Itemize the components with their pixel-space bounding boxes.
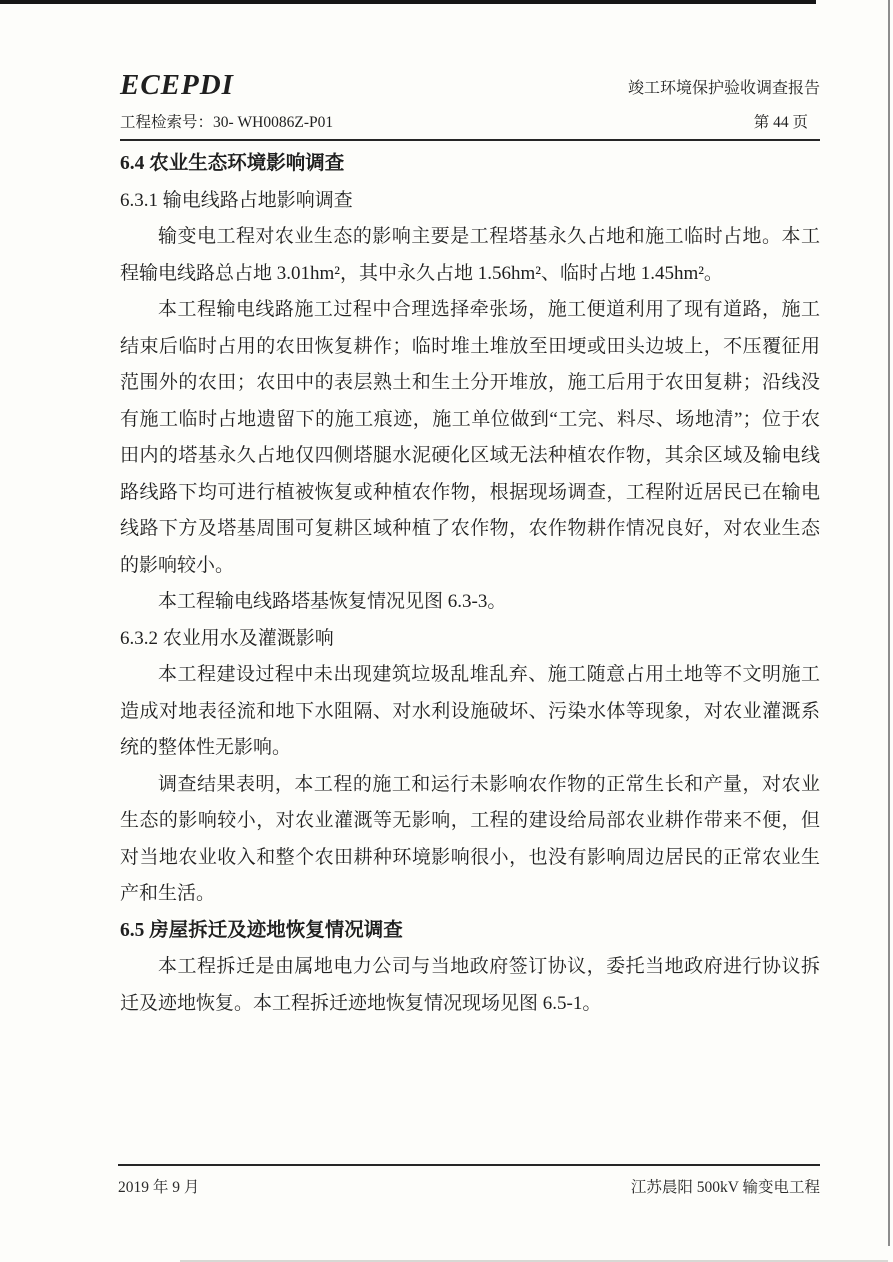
document-body: 6.4 农业生态环境影响调查6.3.1 输电线路占地影响调查输变电工程对农业生态… [120,146,820,1022]
footer-rule [118,1164,820,1166]
paragraph: 本工程输电线路施工过程中合理选择牵张场，施工便道利用了现有道路，施工结束后临时占… [120,292,820,584]
paragraph: 输变电工程对农业生态的影响主要是工程塔基永久占地和施工临时占地。本工程输电线路总… [120,219,820,292]
company-logo: ECEPDI [120,71,234,100]
document-title: 竣工环境保护验收调查报告 [628,81,820,100]
project-index-number: 工程检索号：30- WH0086Z-P01 [120,110,333,132]
section-heading: 6.3.2 农业用水及灌溉影响 [120,621,820,658]
footer-date: 2019 年 9 月 [118,1175,199,1197]
header-rule [120,139,820,141]
page-header: ECEPDI 竣工环境保护验收调查报告 工程检索号：30- WH0086Z-P0… [120,62,820,141]
page-footer: 2019 年 9 月 江苏晨阳 500kV 输变电工程 [118,1164,820,1197]
section-heading: 6.4 农业生态环境影响调查 [120,146,820,183]
scan-top-edge [0,0,816,4]
section-heading: 6.5 房屋拆迁及迹地恢复情况调查 [120,913,820,950]
paragraph: 本工程输电线路塔基恢复情况见图 6.3-3。 [120,584,820,621]
paragraph: 本工程拆迁是由属地电力公司与当地政府签订协议，委托当地政府进行协议拆迁及迹地恢复… [120,949,820,1022]
page-number: 第 44 页 [754,110,820,132]
section-heading: 6.3.1 输电线路占地影响调查 [120,183,820,220]
scan-right-edge [888,0,890,1246]
paragraph: 调查结果表明，本工程的施工和运行未影响农作物的正常生长和产量，对农业生态的影响较… [120,767,820,913]
report-page: ECEPDI 竣工环境保护验收调查报告 工程检索号：30- WH0086Z-P0… [0,0,893,1262]
paragraph: 本工程建设过程中未出现建筑垃圾乱堆乱弃、施工随意占用土地等不文明施工造成对地表径… [120,657,820,767]
footer-project-name: 江苏晨阳 500kV 输变电工程 [631,1175,820,1197]
